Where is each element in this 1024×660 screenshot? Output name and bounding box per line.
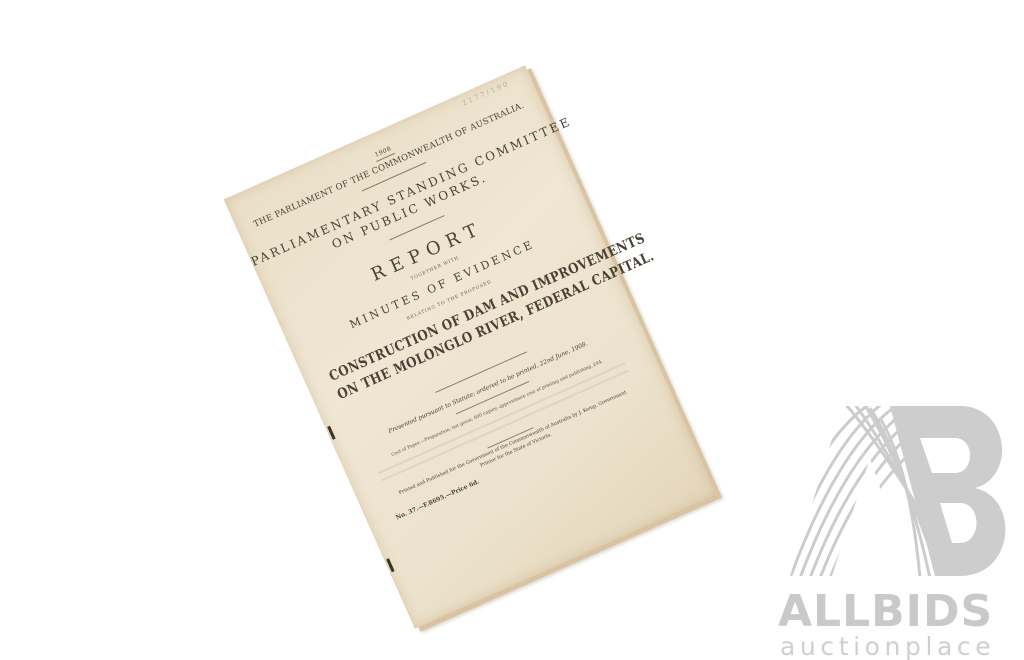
document-photo: 2 1 7 7 / 1 9 0 1908 THE PARLIAMENT OF T… [0, 0, 1024, 660]
allbids-watermark: ALLBIDS auctionplace [770, 398, 1024, 660]
watermark-tagline: auctionplace [780, 632, 995, 660]
staple-icon [327, 426, 335, 440]
staple-icon [386, 558, 394, 572]
bleed-through-text [381, 370, 628, 482]
cover-page: 2 1 7 7 / 1 9 0 1908 THE PARLIAMENT OF T… [224, 65, 717, 629]
printer-imprint-line1: Printed and Published for the Government… [361, 374, 665, 513]
presented-note: Presented pursuant to Statute; ordered t… [336, 317, 640, 458]
report-booklet: 2 1 7 7 / 1 9 0 1908 THE PARLIAMENT OF T… [224, 65, 717, 629]
watermark-brand: ALLBIDS [778, 586, 993, 637]
fingerprint-ab-logo-icon [770, 398, 1024, 588]
